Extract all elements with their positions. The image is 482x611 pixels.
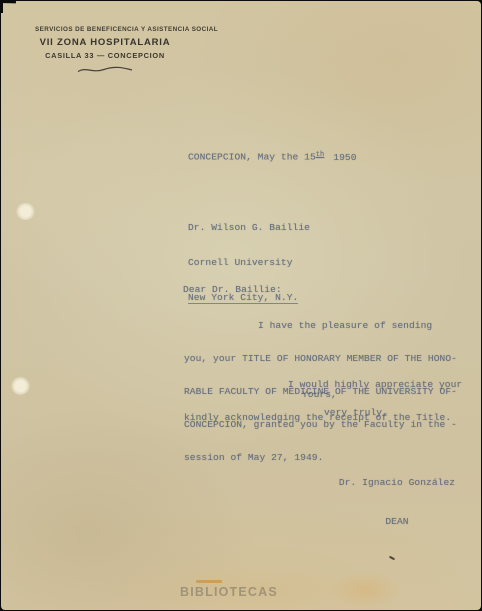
closing-very-truly: very truly, (324, 407, 388, 418)
watermark-orange-glow (331, 571, 401, 609)
paper-sheet: SERVICIOS DE BENEFICENCIA Y ASISTENCIA S… (1, 1, 481, 610)
date-year: 1950 (333, 152, 356, 163)
recipient-name: Dr. Wilson G. Baillie (188, 222, 310, 234)
signature-block: Dr. Ignacio González DEAN (331, 450, 463, 554)
scan-corner-mark (0, 0, 3, 13)
letterhead-zone-line: VII ZONA HOSPITALARIA (35, 37, 175, 48)
letterhead-block: SERVICIOS DE BENEFICENCIA Y ASISTENCIA S… (35, 26, 175, 79)
watermark-orange-bar-icon (196, 580, 222, 583)
library-watermark: BIBLIOTECAS (180, 585, 278, 599)
scanned-letter-page: { "document": { "letterhead": { "line1":… (0, 0, 482, 611)
recipient-organization: Cornell University (188, 257, 310, 269)
letterhead-service-line: SERVICIOS DE BENEFICENCIA Y ASISTENCIA S… (35, 26, 175, 33)
date-ordinal-superscript: th (316, 151, 325, 159)
date-line: CONCEPCION, May the 15th1950 (188, 150, 357, 163)
ink-speck (389, 556, 395, 561)
body-paragraph-2: I would highly appreciate your kindly ac… (184, 357, 462, 445)
salutation: Dear Dr. Baillie: (183, 284, 282, 295)
letterhead-address-line: CASILLA 33 — CONCEPCION (35, 51, 175, 60)
signature-name: Dr. Ignacio González (331, 476, 463, 489)
paragraph-line: I have the pleasure of sending (258, 320, 457, 331)
letterhead-underline-flourish-icon (35, 61, 175, 79)
punch-hole-bottom (11, 377, 30, 395)
closing-yours: Yours, (302, 389, 337, 400)
date-place-day: CONCEPCION, May the 15 (188, 152, 316, 163)
signature-title: DEAN (331, 515, 463, 528)
punch-hole-top (16, 203, 35, 220)
